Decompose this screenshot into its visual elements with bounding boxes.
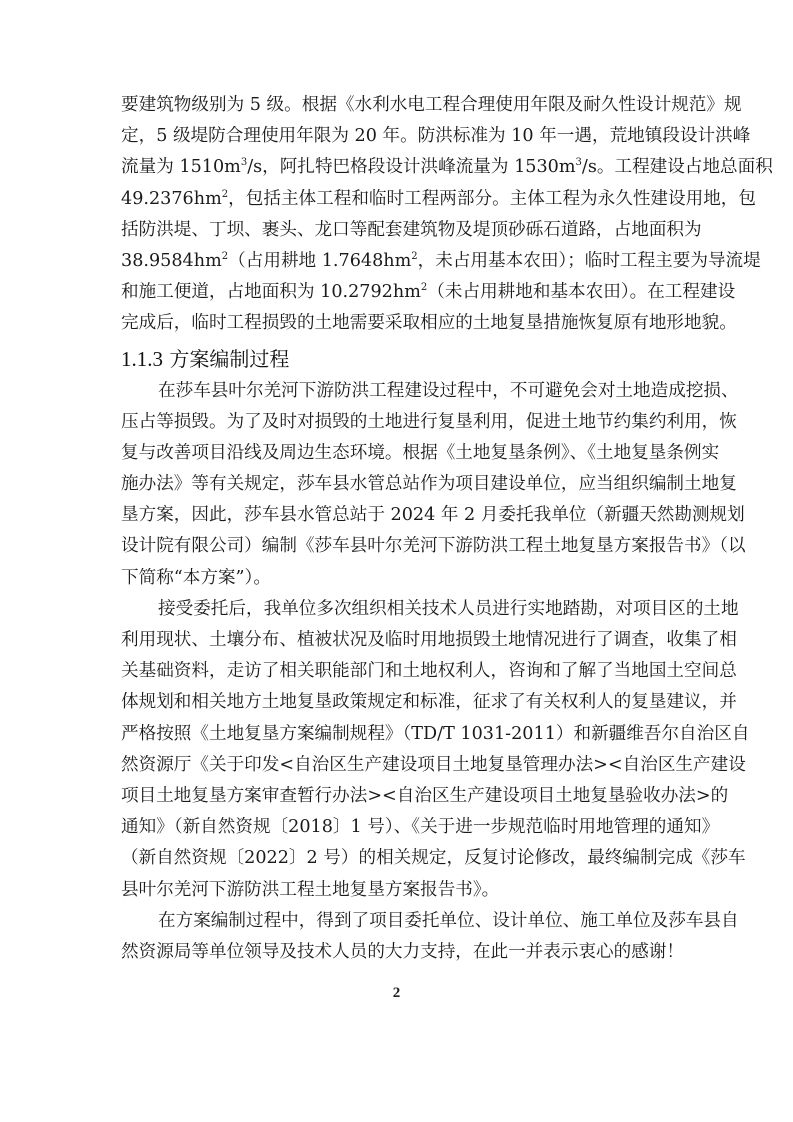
text-line: 利用现状、土壤分布、植被状况及临时用地损毁土地情况进行了调查，收集了相 bbox=[121, 625, 673, 656]
intro-paragraph: 要建筑物级别为 5 级。根据《水利水电工程合理使用年限及耐久性设计规范》规 定，… bbox=[121, 90, 673, 340]
section-number: 1.1.3 bbox=[121, 347, 163, 371]
text-line: 复与改善项目沿线及周边生态环境。根据《土地复垦条例》、《土地复垦条例实 bbox=[121, 438, 673, 469]
text-line: 通知》（新自然资规〔2018〕1 号）、《关于进一步规范临时用地管理的通知》 bbox=[121, 812, 673, 843]
text-line: 体规划和相关地方土地复垦政策规定和标准，征求了有关权利人的复垦建议，并 bbox=[121, 687, 673, 718]
text-line: 在方案编制过程中，得到了项目委托单位、设计单位、施工单位及莎车县自 bbox=[121, 906, 673, 937]
section-heading: 1.1.3 方案编制过程 bbox=[121, 342, 673, 376]
text-line: 然资源厅《关于印发<自治区生产建设项目土地复垦管理办法><自治区生产建设 bbox=[121, 750, 673, 781]
text-line: （新自然资规〔2022〕2 号）的相关规定，反复讨论修改，最终编制完成《莎车 bbox=[121, 843, 673, 874]
text-line: 在莎车县叶尔羌河下游防洪工程建设过程中，不可避免会对土地造成挖损、 bbox=[121, 376, 673, 407]
text-line: 严格按照《土地复垦方案编制规程》（TD/T 1031-2011）和新疆维吾尔自治… bbox=[121, 719, 673, 750]
text-line: 接受委托后，我单位多次组织相关技术人员进行实地踏勘，对项目区的土地 bbox=[121, 594, 673, 625]
text-line: 49.2376hm2，包括主体工程和临时工程两部分。主体工程为永久性建设用地，包 bbox=[121, 184, 673, 215]
text-line: 括防洪堤、丁坝、裹头、龙口等配套建筑物及堤顶砂砾石道路，占地面积为 bbox=[121, 215, 673, 246]
page-number: 2 bbox=[0, 985, 793, 1002]
text-line: 流量为 1510m3/s，阿扎特巴格段设计洪峰流量为 1530m3/s。工程建设… bbox=[121, 152, 673, 183]
section-title: 方案编制过程 bbox=[169, 347, 289, 371]
document-page: 要建筑物级别为 5 级。根据《水利水电工程合理使用年限及耐久性设计规范》规 定，… bbox=[121, 90, 673, 968]
text-line: 要建筑物级别为 5 级。根据《水利水电工程合理使用年限及耐久性设计规范》规 bbox=[121, 90, 673, 121]
paragraph-process: 接受委托后，我单位多次组织相关技术人员进行实地踏勘，对项目区的土地 利用现状、土… bbox=[121, 594, 673, 906]
text-line: 然资源局等单位领导及技术人员的大力支持，在此一并表示衷心的感谢！ bbox=[121, 937, 673, 968]
text-line: 关基础资料，走访了相关职能部门和土地权利人，咨询和了解了当地国土空间总 bbox=[121, 656, 673, 687]
text-line: 和施工便道，占地面积为 10.2792hm2（未占用耕地和基本农田）。在工程建设 bbox=[121, 277, 673, 308]
text-line: 定，5 级堤防合理使用年限为 20 年。防洪标准为 10 年一遇，荒地镇段设计洪… bbox=[121, 121, 673, 152]
text-line: 压占等损毁。为了及时对损毁的土地进行复垦利用，促进土地节约集约利用，恢 bbox=[121, 407, 673, 438]
text-line: 垦方案，因此，莎车县水管总站于 2024 年 2 月委托我单位（新疆天然勘测规划 bbox=[121, 500, 673, 531]
text-line: 施办法》等有关规定，莎车县水管总站作为项目建设单位，应当组织编制土地复 bbox=[121, 469, 673, 500]
text-line: 下简称“本方案”）。 bbox=[121, 563, 673, 594]
text-line: 项目土地复垦方案审查暂行办法><自治区生产建设项目土地复垦验收办法>的 bbox=[121, 781, 673, 812]
text-line: 38.9584hm2（占用耕地 1.7648hm2，未占用基本农田）；临时工程主… bbox=[121, 246, 673, 277]
paragraph-acknowledgement: 在方案编制过程中，得到了项目委托单位、设计单位、施工单位及莎车县自 然资源局等单… bbox=[121, 906, 673, 968]
paragraph-background: 在莎车县叶尔羌河下游防洪工程建设过程中，不可避免会对土地造成挖损、 压占等损毁。… bbox=[121, 376, 673, 594]
text-line: 完成后，临时工程损毁的土地需要采取相应的土地复垦措施恢复原有地形地貌。 bbox=[121, 308, 673, 339]
text-line: 县叶尔羌河下游防洪工程土地复垦方案报告书》。 bbox=[121, 875, 673, 906]
text-line: 设计院有限公司）编制《莎车县叶尔羌河下游防洪工程土地复垦方案报告书》（以 bbox=[121, 531, 673, 562]
